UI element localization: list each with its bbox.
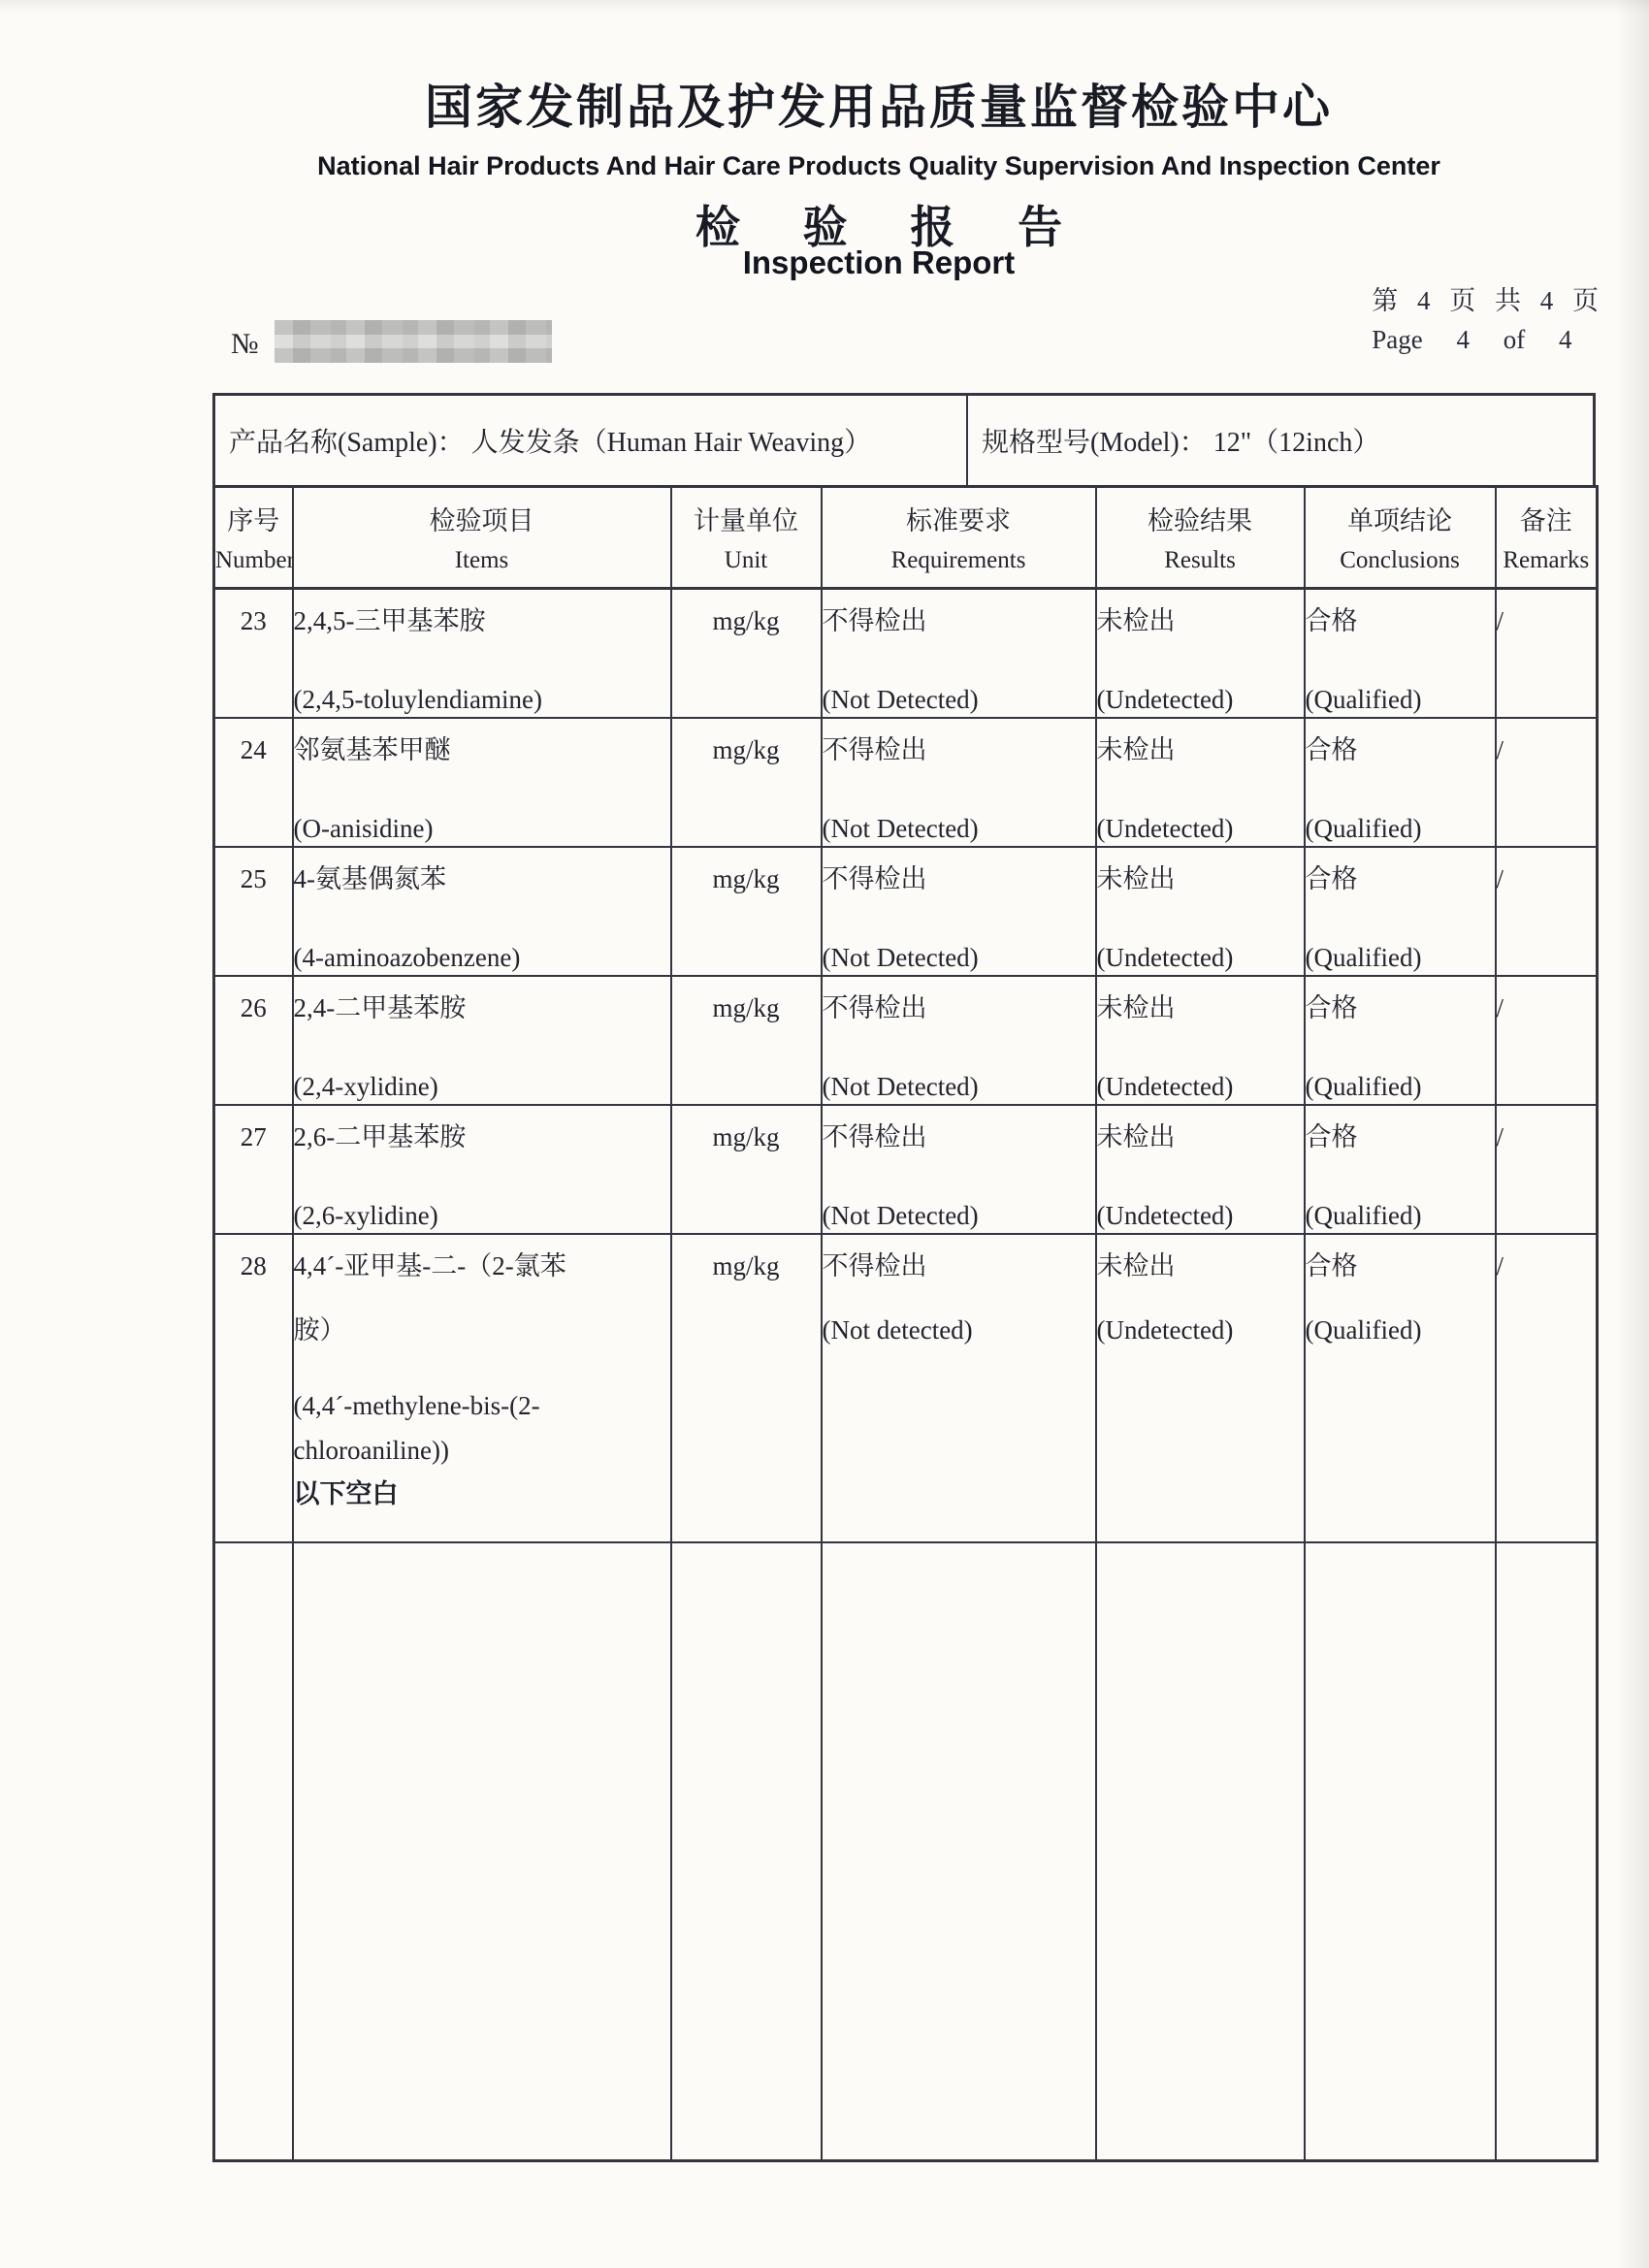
row-number: 23 — [214, 589, 293, 719]
table-row: 26 2,4-二甲基苯胺(2,4-xylidine) mg/kg 不得检出(No… — [214, 976, 1598, 1105]
org-title-en: National Hair Products And Hair Care Pro… — [54, 151, 1649, 181]
col-header-conclusions: 单项结论Conclusions — [1305, 487, 1496, 589]
item-cell: 4-氨基偶氮苯(4-aminoazobenzene) — [293, 847, 671, 976]
unit-cell: mg/kg — [671, 1105, 822, 1234]
table-row: 27 2,6-二甲基苯胺(2,6-xylidine) mg/kg 不得检出(No… — [214, 1105, 1598, 1234]
requirement-cell: 不得检出(Not Detected) — [822, 976, 1096, 1105]
row-number: 25 — [214, 847, 293, 976]
page-indicator-cn: 第 4 页 共 4 页 — [1372, 283, 1599, 318]
requirement-cell: 不得检出(Not Detected) — [822, 589, 1096, 719]
table-row: 28 4,4´-亚甲基-二-（2-氯苯 胺） (4,4´-methylene-b… — [214, 1234, 1598, 1542]
remark-cell: / — [1496, 1234, 1598, 1542]
col-header-number: 序号Number — [214, 487, 293, 589]
conclusion-cell: 合格(Qualified) — [1305, 1234, 1496, 1542]
col-header-results: 检验结果Results — [1096, 487, 1305, 589]
item-cell: 4,4´-亚甲基-二-（2-氯苯 胺） (4,4´-methylene-bis-… — [293, 1234, 671, 1542]
requirement-cell: 不得检出(Not Detected) — [822, 718, 1096, 847]
result-cell: 未检出(Undetected) — [1096, 976, 1305, 1105]
col-header-items: 检验项目Items — [293, 487, 671, 589]
result-cell: 未检出(Undetected) — [1096, 1105, 1305, 1234]
col-header-requirements: 标准要求Requirements — [822, 487, 1096, 589]
item-cell: 2,4-二甲基苯胺(2,4-xylidine) — [293, 976, 671, 1105]
remark-cell: / — [1496, 718, 1598, 847]
unit-cell: mg/kg — [671, 718, 822, 847]
empty-filler-row — [214, 1542, 1598, 2160]
unit-cell: mg/kg — [671, 589, 822, 719]
table-row: 24 邻氨基苯甲醚(O-anisidine) mg/kg 不得检出(Not De… — [214, 718, 1598, 847]
requirement-cell: 不得检出(Not Detected) — [822, 847, 1096, 976]
result-cell: 未检出(Undetected) — [1096, 847, 1305, 976]
conclusion-cell: 合格(Qualified) — [1305, 589, 1496, 719]
unit-cell: mg/kg — [671, 1234, 822, 1542]
org-title-cn: 国家发制品及护发用品质量监督检验中心 — [54, 70, 1649, 138]
sample-name-cell: 产品名称(Sample)： 人发发条（Human Hair Weaving） — [215, 396, 968, 485]
row-number: 26 — [214, 976, 293, 1105]
conclusion-cell: 合格(Qualified) — [1305, 976, 1496, 1105]
inspection-report-page: 国家发制品及护发用品质量监督检验中心 National Hair Product… — [0, 0, 1649, 2268]
table-header-row: 序号Number 检验项目Items 计量单位Unit 标准要求Requirem… — [214, 487, 1598, 589]
scan-edge-top — [0, 0, 1649, 14]
product-info-box: 产品名称(Sample)： 人发发条（Human Hair Weaving） 规… — [212, 393, 1596, 488]
remark-cell: / — [1496, 589, 1598, 719]
conclusion-cell: 合格(Qualified) — [1305, 847, 1496, 976]
report-number-line: № — [231, 320, 552, 363]
col-header-unit: 计量单位Unit — [671, 487, 822, 589]
table-row: 23 2,4,5-三甲基苯胺(2,4,5-toluylendiamine) mg… — [214, 589, 1598, 719]
row-number: 27 — [214, 1105, 293, 1234]
result-cell: 未检出(Undetected) — [1096, 1234, 1305, 1542]
model-cell: 规格型号(Model)： 12"（12inch） — [968, 396, 1593, 485]
report-number-label: № — [231, 328, 259, 360]
page-indicator: 第 4 页 共 4 页 Page 4 of 4 — [1372, 283, 1599, 357]
item-cell: 2,6-二甲基苯胺(2,6-xylidine) — [293, 1105, 671, 1234]
item-cell: 2,4,5-三甲基苯胺(2,4,5-toluylendiamine) — [293, 589, 671, 719]
row-number: 24 — [214, 718, 293, 847]
result-cell: 未检出(Undetected) — [1096, 589, 1305, 719]
blank-below-note: 以下空白 — [294, 1475, 670, 1512]
remark-cell: / — [1496, 976, 1598, 1105]
results-table: 序号Number 检验项目Items 计量单位Unit 标准要求Requirem… — [212, 485, 1599, 2162]
col-header-remarks: 备注Remarks — [1496, 487, 1598, 589]
conclusion-cell: 合格(Qualified) — [1305, 718, 1496, 847]
remark-cell: / — [1496, 847, 1598, 976]
unit-cell: mg/kg — [671, 976, 822, 1105]
requirement-cell: 不得检出(Not Detected) — [822, 1105, 1096, 1234]
requirement-cell: 不得检出(Not detected) — [822, 1234, 1096, 1542]
unit-cell: mg/kg — [671, 847, 822, 976]
scan-edge-right — [1616, 0, 1649, 2268]
item-cell: 邻氨基苯甲醚(O-anisidine) — [293, 718, 671, 847]
report-title-en: Inspection Report — [54, 244, 1649, 281]
table-row: 25 4-氨基偶氮苯(4-aminoazobenzene) mg/kg 不得检出… — [214, 847, 1598, 976]
report-number-redacted — [275, 320, 552, 363]
conclusion-cell: 合格(Qualified) — [1305, 1105, 1496, 1234]
remark-cell: / — [1496, 1105, 1598, 1234]
result-cell: 未检出(Undetected) — [1096, 718, 1305, 847]
row-number: 28 — [214, 1234, 293, 1542]
page-indicator-en: Page 4 of 4 — [1372, 322, 1599, 357]
